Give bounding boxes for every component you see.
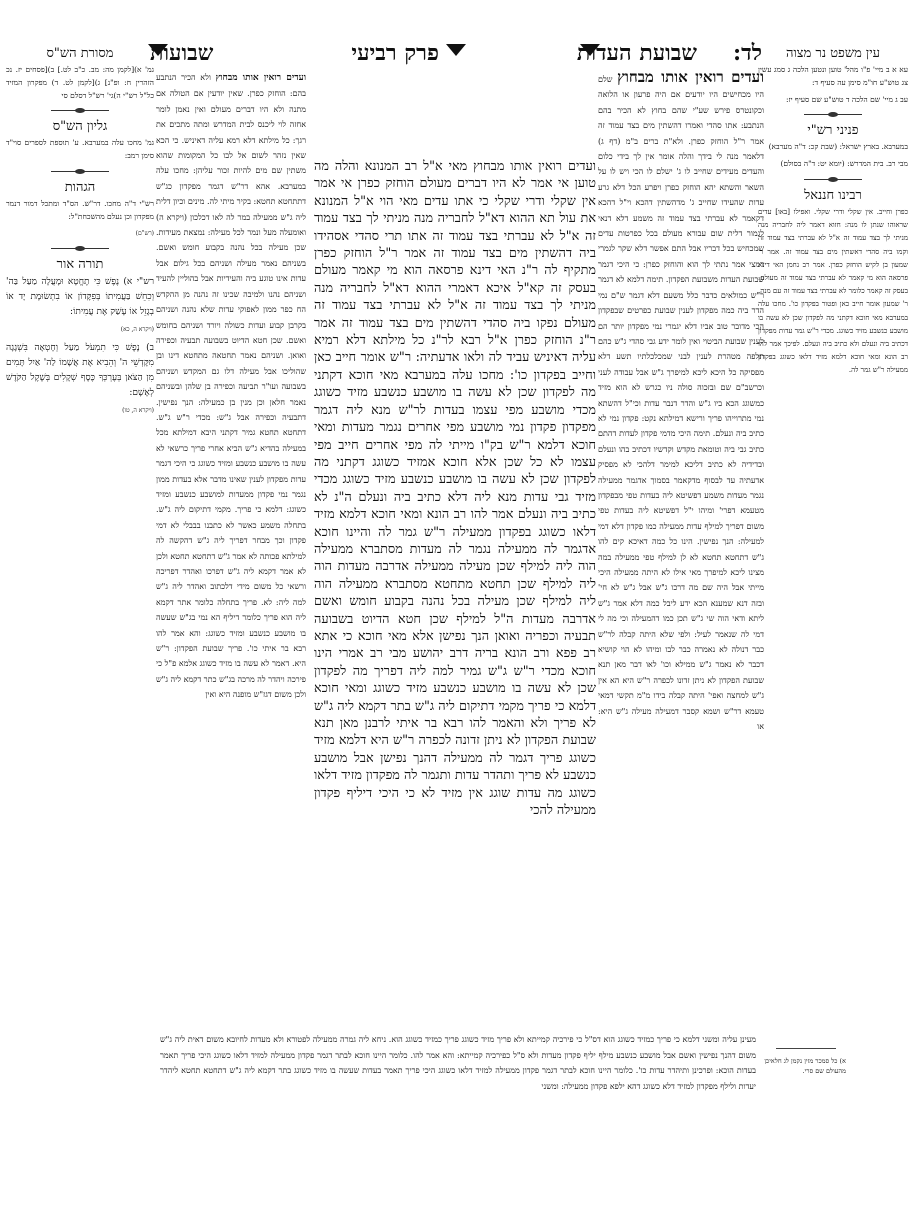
penine-rashi-entry: מבי רב. בית המדרש: (יומא יט: ד"ה בסולם) xyxy=(758,158,908,171)
commentary-top-spread xyxy=(306,70,596,156)
bottom-commentary-text: מעינן עליה ומשני דלמא כי פריך כמזיד כשוג… xyxy=(160,1035,756,1091)
header-triangle-marker xyxy=(446,44,466,56)
ornament-divider-icon xyxy=(804,179,862,180)
torah-or-source: (ויקרא ה, טו) xyxy=(6,405,154,418)
haggahot-text: רש"י ד"ה מחכו. דר"ש. הס"ד ומתכל דמור דנמ… xyxy=(6,198,154,224)
tosafot-heading-words: ועדים רואין אותו מבחוץ xyxy=(216,73,306,83)
gilyon-text: גמ' מחכו עלה במערבא. ע' תוספת לספרים סוי… xyxy=(6,137,154,163)
torah-or-verse: רש"י א) נֶפֶשׁ כִּי תֶחֱטָא וּמָעֲלָה מַ… xyxy=(6,275,154,320)
rashi-column: ועדים רואין אותו מבחוץ שלם היו מכחישים ה… xyxy=(598,70,764,1030)
penine-rashi-title: פניני רש"י xyxy=(758,123,908,139)
ein-mishpat-entry: עא א ב מיי' פ"ו מהל' טוען ונטען הלכה ג ס… xyxy=(758,64,908,90)
footnote: א) כל סמכר מזין נקמן לג חלאיכן מהעולם שם… xyxy=(764,1056,846,1076)
gilyon-title: גליון הש"ס xyxy=(6,119,154,135)
footnote-divider xyxy=(776,1048,836,1049)
ornament-divider-icon xyxy=(51,171,109,172)
haggahot-title: הגהות xyxy=(6,180,154,196)
gemara-text-block: ועדים רואין אותו מבחוץ מאי א"ל רב המנונא… xyxy=(314,158,596,1008)
header-right: לד: שבועת העדות xyxy=(577,40,762,66)
torah-or-source: (ויקרא ה, כא) xyxy=(6,324,154,337)
haggahot-source: (רש"ם) xyxy=(6,228,154,241)
header-triangle-marker xyxy=(580,44,600,56)
rabbenu-chananel-title: רבינו חננאל xyxy=(758,188,908,204)
talmud-page: לד: שבועת העדות פרק רביעי שבועות עין משפ… xyxy=(0,0,914,1213)
ein-mishpat-entry: עב ג מיי' שם הלכה ד טוש"ע שם סעיף יז: xyxy=(758,94,908,107)
torah-or-title: תורה אור xyxy=(6,257,154,273)
ornament-divider-icon xyxy=(51,110,109,111)
right-margin: עין משפט נר מצוה עא א ב מיי' פ"ו מהל' טו… xyxy=(758,44,908,382)
gemara-text: ועדים רואין אותו מבחוץ מאי א"ל רב המנונא… xyxy=(314,159,596,818)
bottom-commentary: מעינן עליה ומשני דלמא כי פריך כמזיד כשוג… xyxy=(160,1032,756,1110)
penine-rashi-entry: במערבא. בארץ ישראל: (שבת קכ: ד"ה מערבא) xyxy=(758,141,908,154)
torah-or-verse: ב) נֶפֶשׁ כִּי תִמְעֹל מַעַל וְחָטְאָה ב… xyxy=(6,341,154,401)
rashi-text: שלם היו מכחישים היו יודעים אם היה פרעון … xyxy=(598,75,764,731)
ornament-divider-icon xyxy=(804,114,862,115)
masoret-text: גמ' א)[לקמן מה: מב. כ"ב לט.] ב)[פסחים יז… xyxy=(6,64,154,102)
left-margin: מסורת הש"ס גמ' א)[לקמן מה: מב. כ"ב לט.] … xyxy=(6,44,154,422)
ein-mishpat-title: עין משפט נר מצוה xyxy=(758,46,908,62)
tosafot-column: ועדים רואין אותו מבחוץ ולא הכיר הנתבע בה… xyxy=(156,70,306,1030)
ornament-divider-icon xyxy=(51,248,109,249)
perek-title: פרק רביעי xyxy=(213,40,577,66)
rashi-heading-words: ועדים רואין אותו מבחוץ xyxy=(617,70,764,86)
masoret-title: מסורת הש"ס xyxy=(6,46,154,62)
rabbenu-chananel-text: כפרן וחייב. אין שקלי ודרי שקלי. ואפילו [… xyxy=(758,206,908,378)
tosafot-text: ולא הכיר הנתבע בהם: הוחזק כפרן. שאין יוד… xyxy=(156,73,306,699)
